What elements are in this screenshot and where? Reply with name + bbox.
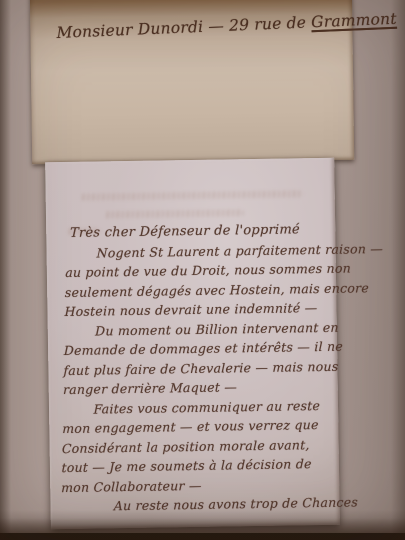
- table-shadow: [0, 518, 405, 534]
- ink-bleedthrough-line: [80, 190, 304, 201]
- table-edge: [0, 533, 405, 540]
- envelope-address-street: — 29 rue de: [203, 13, 312, 36]
- envelope-address: Monsieur Dunordi — 29 rue de Grammont: [56, 12, 348, 42]
- envelope-address-name: Monsieur Dunordi: [56, 18, 203, 42]
- ink-bleedthrough-line: [104, 209, 244, 218]
- letter-page: Très cher Défenseur de l'opprimé Nogent …: [45, 158, 340, 529]
- letter-body: Très cher Défenseur de l'opprimé Nogent …: [56, 220, 335, 517]
- envelope-address-underlined: Grammont: [311, 10, 397, 32]
- envelope: Monsieur Dunordi — 29 rue de Grammont: [30, 0, 354, 164]
- photo-backdrop: Monsieur Dunordi — 29 rue de Grammont Tr…: [0, 0, 405, 540]
